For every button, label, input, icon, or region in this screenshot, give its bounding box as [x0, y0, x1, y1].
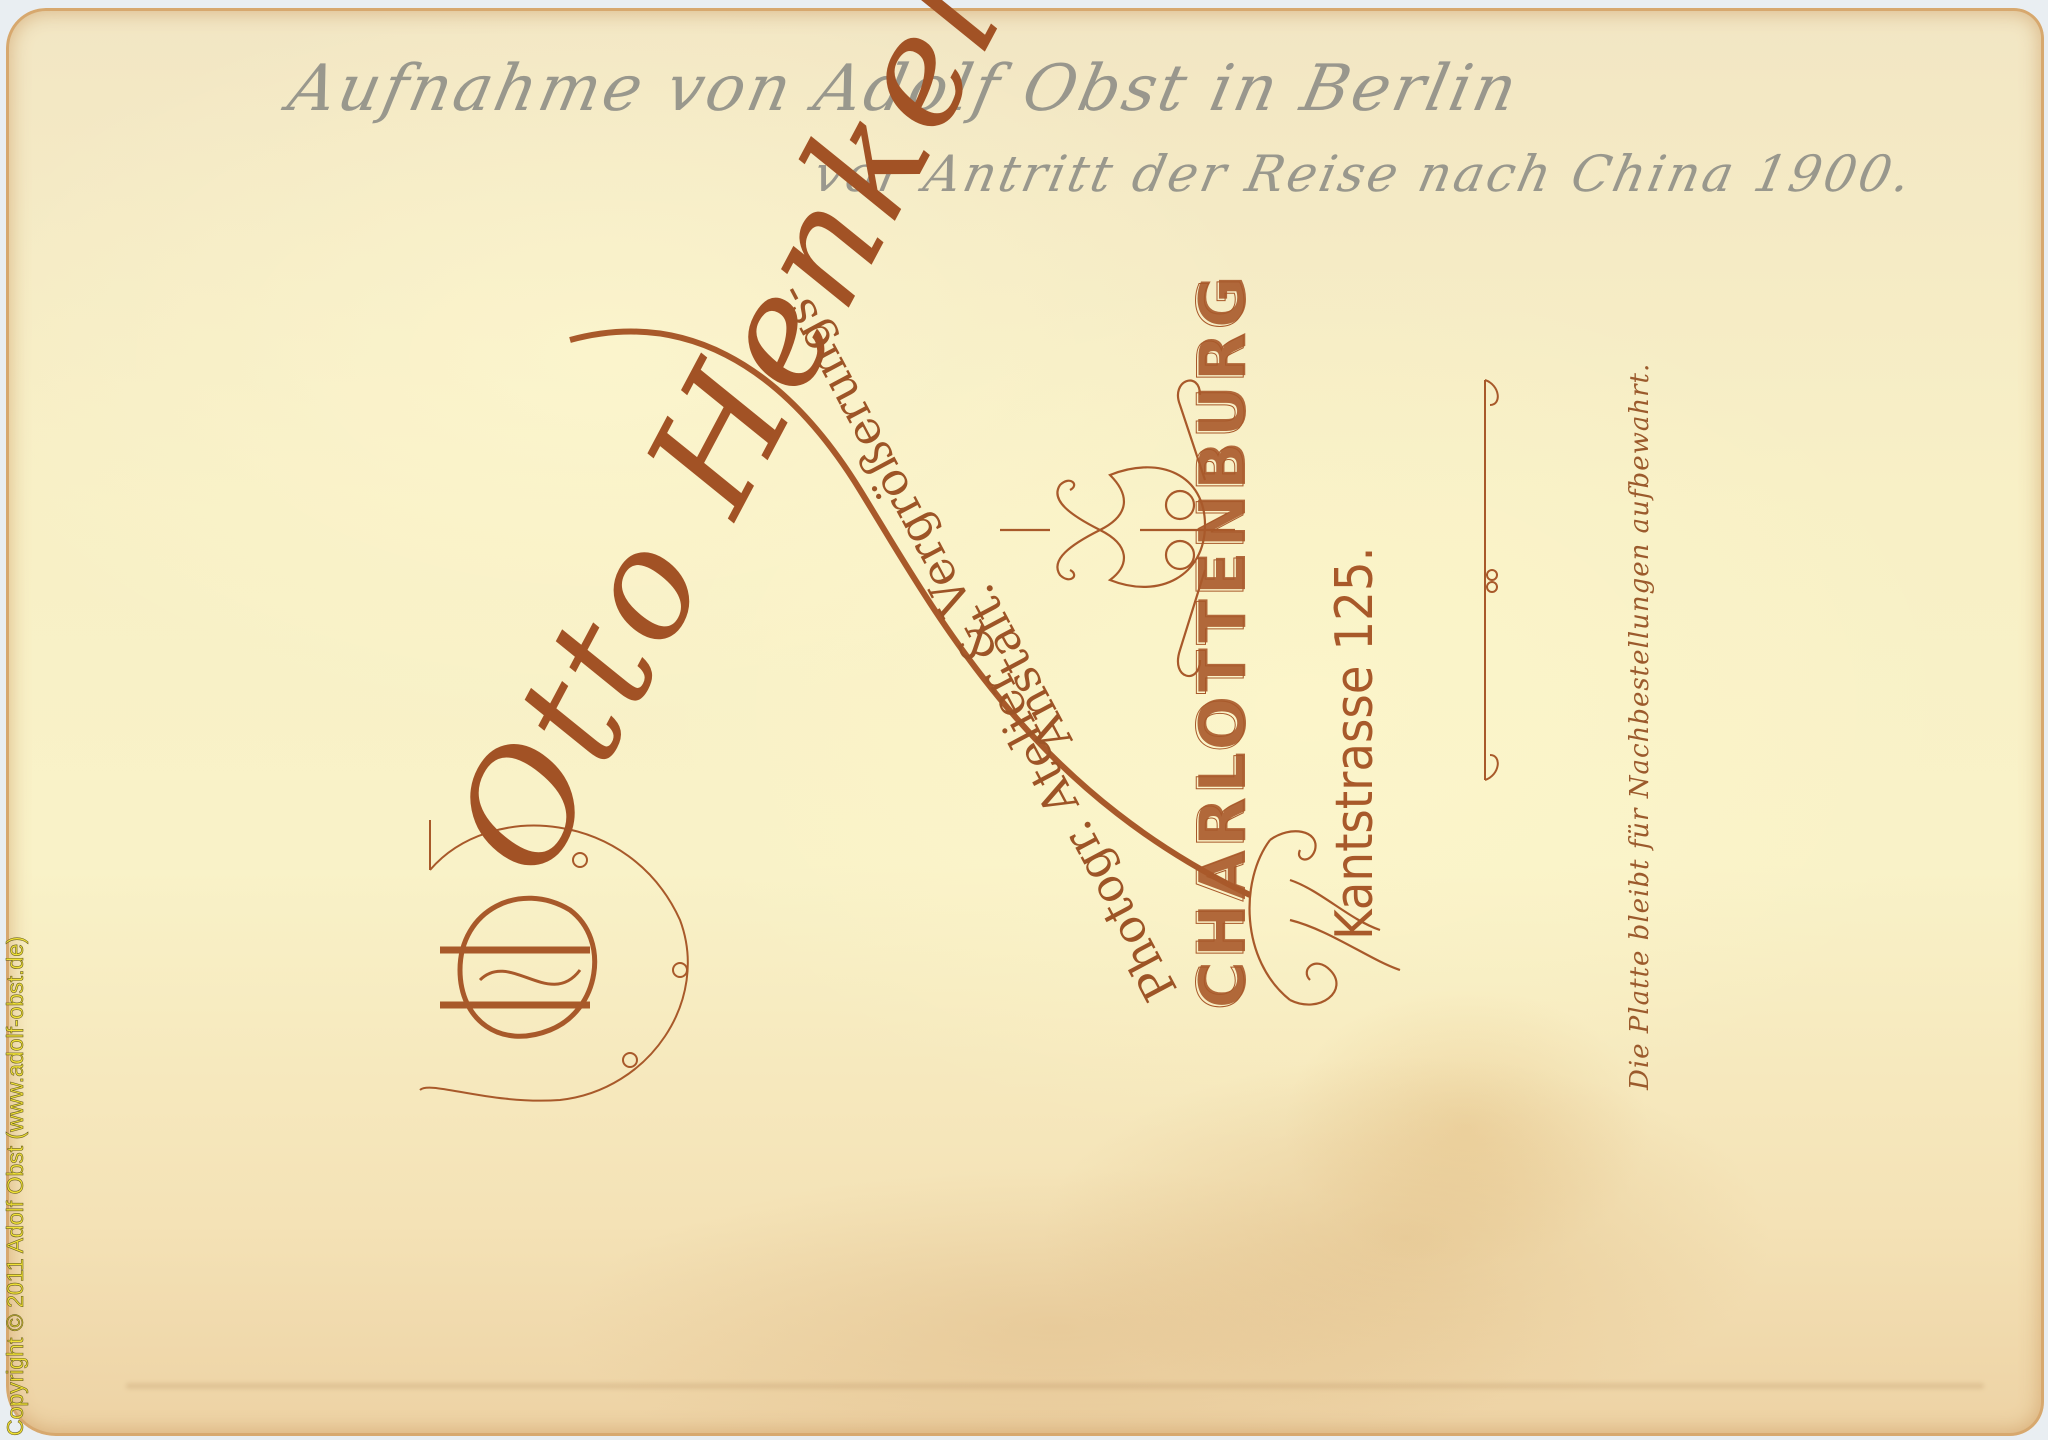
- street-address: Kantstrasse 125.: [1325, 546, 1385, 940]
- copyright-watermark: Copyright © 2011 Adolf Obst (www.adolf-o…: [2, 936, 29, 1436]
- pencil-inscription-line-2: vor Antritt der Reise nach China 1900.: [809, 145, 1919, 203]
- water-stain: [126, 1383, 1984, 1389]
- city-name: CHARLOTTENBURG: [1185, 273, 1259, 1010]
- plate-retention-note: Die Platte bleibt für Nachbestellungen a…: [1625, 363, 1655, 1090]
- side-rule-ornament-icon: [1470, 375, 1510, 785]
